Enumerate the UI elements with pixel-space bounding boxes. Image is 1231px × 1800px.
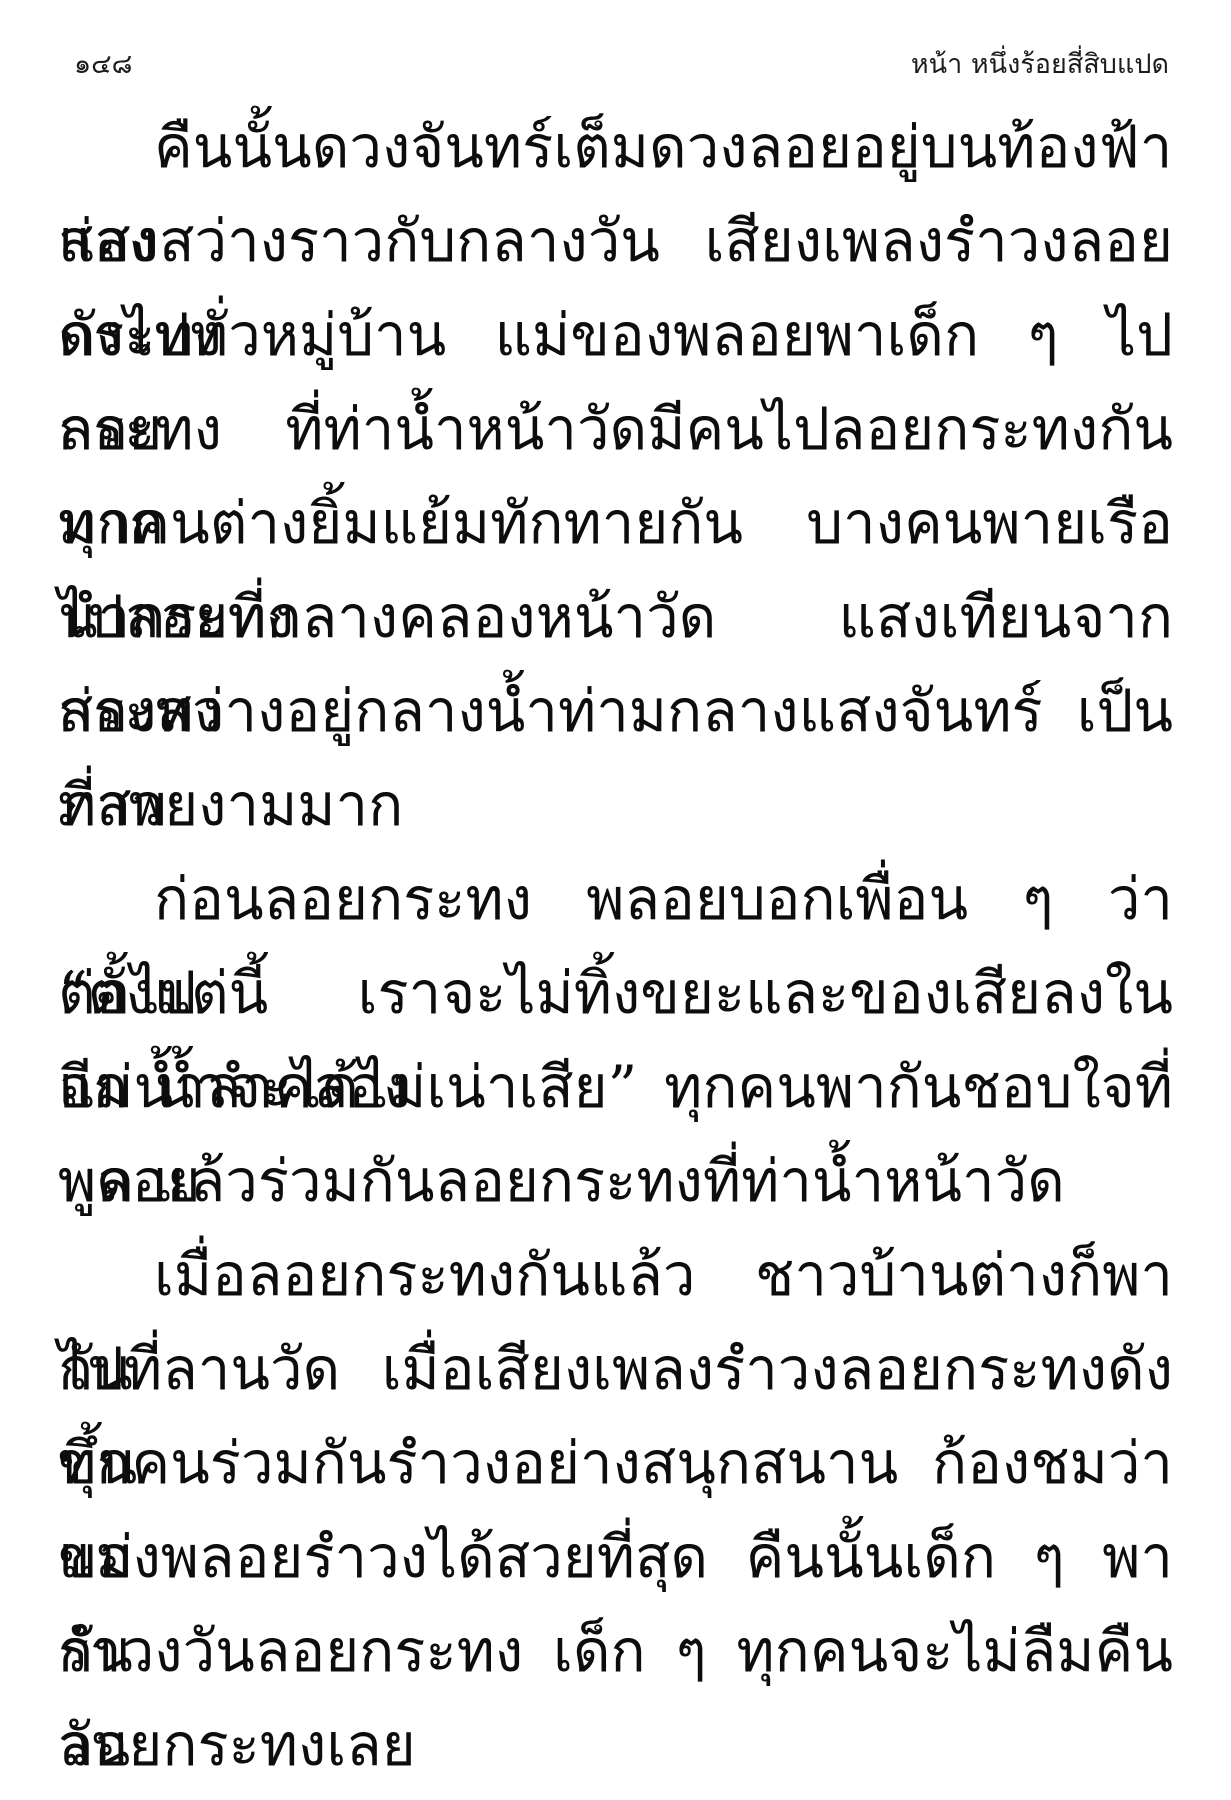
text-line: ของพลอยรำวงได้สวยที่สุด คืนนั้นเด็ก ๆ พา… xyxy=(58,1510,1173,1604)
text-line: กระทง ที่ท่าน้ำหน้าวัดมีคนไปลอยกระทงกันม… xyxy=(58,382,1173,476)
text-line: ไปที่ลานวัด เมื่อเสียงเพลงรำวงลอยกระทงดั… xyxy=(58,1322,1173,1416)
text-line: ส่องสว่างอยู่กลางน้ำท่ามกลางแสงจันทร์ เป… xyxy=(58,664,1173,758)
text-line: ก่อนลอยกระทง พลอยบอกเพื่อน ๆ ว่า “ตั้งแต… xyxy=(58,852,1173,946)
text-line: รำวงวันลอยกระทง เด็ก ๆ ทุกคนจะไม่ลืมคืนว… xyxy=(58,1604,1173,1698)
text-line: ไปลอยที่กลางคลองหน้าวัด แสงเทียนจากกระทง xyxy=(58,570,1173,664)
text-line: ดังไปทั่วหมู่บ้าน แม่ของพลอยพาเด็ก ๆ ไปล… xyxy=(58,288,1173,382)
text-line: แสงสว่างราวกับกลางวัน เสียงเพลงรำวงลอยกร… xyxy=(58,194,1173,288)
text-line: ทุกคนร่วมกันรำวงอย่างสนุกสนาน ก้องชมว่า … xyxy=(58,1416,1173,1510)
text-line: พูด แล้วร่วมกันลอยกระทงที่ท่าน้ำหน้าวัด xyxy=(58,1134,1173,1228)
page-header: ๑๔๘ หน้า หนึ่งร้อยสี่สิบแปด xyxy=(58,48,1173,82)
text-line: ที่สวยงามมาก xyxy=(58,758,1173,852)
text-line: อีก น้ำจะได้ไม่เน่าเสีย” ทุกคนพากันชอบใจ… xyxy=(58,1040,1173,1134)
text-line: คืนนั้นดวงจันทร์เต็มดวงลอยอยู่บนท้องฟ้า … xyxy=(58,100,1173,194)
text-line: ทุกคนต่างยิ้มแย้มทักทายกัน บางคนพายเรือน… xyxy=(58,476,1173,570)
book-page: ๑๔๘ หน้า หนึ่งร้อยสี่สิบแปด คืนนั้นดวงจั… xyxy=(0,0,1231,1800)
text-line: ลอยกระทงเลย xyxy=(58,1698,1173,1792)
text-line: เมื่อลอยกระทงกันแล้ว ชาวบ้านต่างก็พากัน xyxy=(58,1228,1173,1322)
page-number-thai-numeral: ๑๔๘ xyxy=(74,48,132,82)
text-line: ต่อไป เราจะไม่ทิ้งขยะและของเสียลงในแม่น้… xyxy=(58,946,1173,1040)
body-text: คืนนั้นดวงจันทร์เต็มดวงลอยอยู่บนท้องฟ้า … xyxy=(58,100,1173,1792)
page-number-label: หน้า หนึ่งร้อยสี่สิบแปด xyxy=(911,48,1169,82)
